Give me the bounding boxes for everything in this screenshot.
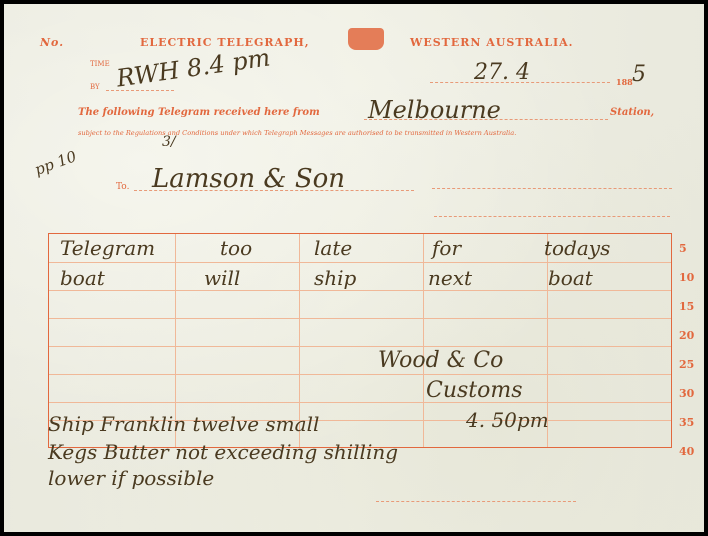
- blank-dotted-line-2: [434, 216, 670, 217]
- grid-word: will: [204, 266, 240, 290]
- blank-dotted-line-1: [432, 188, 672, 189]
- line-number: 10: [679, 271, 694, 284]
- by-dotted-line: [106, 90, 174, 91]
- line-number: 5: [679, 242, 687, 255]
- margin-note-fraction: 3/: [162, 134, 176, 150]
- grid-word: todays: [544, 236, 610, 260]
- line-number: 25: [679, 358, 694, 371]
- grid-word: too: [220, 236, 252, 260]
- line-number: 20: [679, 329, 694, 342]
- coat-of-arms-icon: [348, 28, 384, 50]
- from-station-handwriting: Melbourne: [368, 96, 501, 124]
- grid-word: boat: [548, 266, 593, 290]
- sender-signature: Wood & Co: [378, 348, 503, 373]
- grid-word: ship: [314, 266, 356, 290]
- grid-word: next: [428, 266, 472, 290]
- number-label: No.: [40, 36, 64, 49]
- message-line: Kegs Butter not exceeding shilling: [48, 440, 398, 464]
- sender-customs: Customs: [426, 378, 523, 403]
- line-number: 40: [679, 445, 694, 458]
- message-line: Ship Franklin twelve small: [48, 412, 319, 436]
- time-sent: 4. 50pm: [466, 408, 549, 432]
- grid-word: boat: [60, 266, 105, 290]
- grid-word: late: [314, 236, 352, 260]
- title-electric-telegraph: ELECTRIC TELEGRAPH,: [140, 36, 310, 49]
- recipient-handwriting: Lamson & Son: [152, 164, 345, 194]
- by-label: BY: [90, 83, 100, 91]
- year-prefix: 188: [616, 77, 633, 87]
- grid-word: Telegram: [60, 236, 155, 260]
- subject-regulations-line: subject to the Regulations and Condition…: [78, 129, 516, 137]
- date-handwriting: 27. 4: [474, 60, 530, 85]
- margin-note-pp: pp 10: [32, 147, 79, 179]
- telegram-form: No. ELECTRIC TELEGRAPH, WESTERN AUSTRALI…: [4, 4, 704, 532]
- year-suffix: 5: [632, 62, 646, 87]
- station-label: Station,: [610, 107, 654, 118]
- line-number: 30: [679, 387, 694, 400]
- message-line: lower if possible: [48, 466, 214, 490]
- to-label: To.: [116, 182, 129, 192]
- received-from-label: The following Telegram received here fro…: [78, 107, 320, 118]
- time-handwriting: RWH 8.4 pm: [115, 43, 272, 92]
- line-number: 15: [679, 300, 694, 313]
- line-number: 35: [679, 416, 694, 429]
- time-label: TIME: [90, 60, 110, 68]
- bottom-dotted-line: [376, 501, 576, 502]
- title-western-australia: WESTERN AUSTRALIA.: [410, 36, 573, 49]
- grid-word: for: [432, 236, 461, 260]
